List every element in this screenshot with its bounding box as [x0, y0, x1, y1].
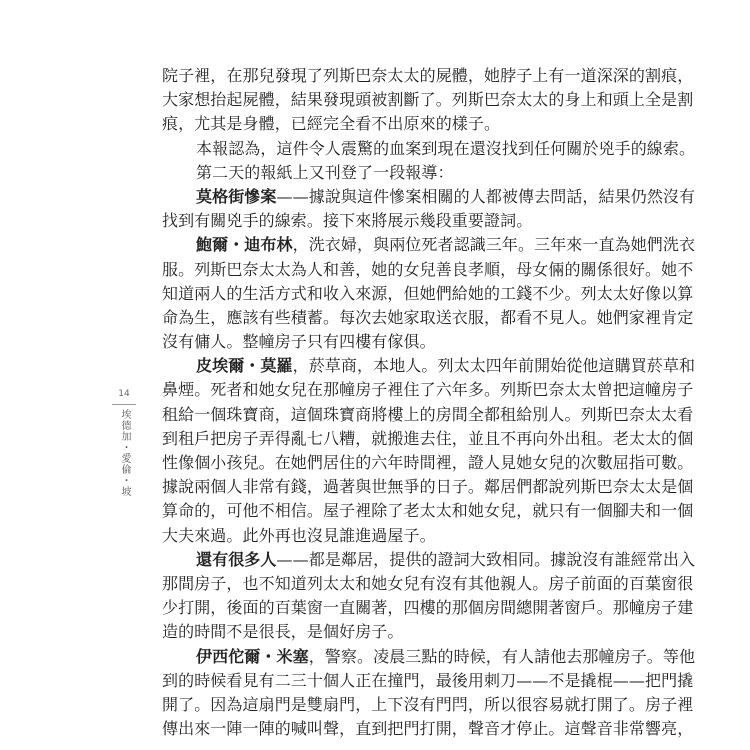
line-text: 大夫來過。此外再也沒見誰進過屋子。 [162, 526, 436, 545]
text-line: 大家想抬起屍體，結果發現頭被割斷了。列斯巴奈太太的身上和頭上全是割 [162, 88, 572, 112]
line-text: 租給一個珠寶商，這個珠寶商將樓上的房間全都租給別人。列斯巴奈太太看 [162, 405, 693, 424]
text-line: 性像個小孩兒。在她們居住的六年時間裡，證人見她女兒的次數屈指可數。 [162, 451, 572, 475]
line-text: 第二天的報紙上又刊登了一段報導： [196, 163, 454, 182]
text-line: 本報認為，這件令人震驚的血案到現在還沒找到任何關於兇手的線索。 [162, 137, 572, 161]
text-line: 鼻煙。死者和她女兒在那幢房子裡住了六年多。列斯巴奈太太曾把這幢房子 [162, 378, 572, 402]
line-text: 鼻煙。死者和她女兒在那幢房子裡住了六年多。列斯巴奈太太曾把這幢房子 [162, 380, 693, 399]
text-line: 到租戶把房子弄得亂七八糟，就搬進去住，並且不再向外出租。老太太的個 [162, 427, 572, 451]
line-text: 本報認為，這件令人震驚的血案到現在還沒找到任何關於兇手的線索。 [196, 139, 695, 158]
text-line: 到的時候看見有二三十個人正在撞門，最後用刺刀——不是撬棍——把門撬 [162, 669, 572, 693]
speaker-name: 鮑爾・迪布林 [196, 235, 293, 254]
line-text: 找到有關兇手的線索。接下來將展示幾段重要證詞。 [162, 211, 532, 230]
text-line: 少打開，後面的百葉窗一直關著，四樓的那個房間總開著窗戶。那幢房子建 [162, 596, 572, 620]
line-text: 造的時間不是很長，是個好房子。 [162, 622, 404, 641]
text-line: 知道兩人的生活方式和收入來源，但她們給她的工錢不少。列太太好像以算 [162, 282, 572, 306]
text-line: 沒有傭人。整幢房子只有四樓有傢俱。 [162, 330, 572, 354]
line-text: ——都是鄰居，提供的證詞大致相同。據說沒有誰經常出入 [277, 550, 696, 569]
line-text: ——據說與這件慘案相關的人都被傳去問話，結果仍然沒有 [277, 187, 696, 206]
line-text: 痕，尤其是身體，已經完全看不出原來的樣子。 [162, 114, 500, 133]
text-line: 那間房子，也不知道列太太和她女兒有沒有其他親人。房子前面的百葉窗很 [162, 572, 572, 596]
page-number: 14 [112, 388, 136, 400]
paragraph: 伊西佗爾・米塞，警察。凌晨三點的時候，有人請他去那幢房子。等他到的時候看見有二三… [162, 645, 572, 742]
line-text: ，洗衣婦，與兩位死者認識三年。三年來一直為她們洗衣 [293, 235, 696, 254]
line-text: 大家想抬起屍體，結果發現頭被割斷了。列斯巴奈太太的身上和頭上全是割 [162, 90, 693, 109]
paragraph: 第二天的報紙上又刊登了一段報導： [162, 161, 572, 185]
line-text: 性像個小孩兒。在她們居住的六年時間裡，證人見她女兒的次數屈指可數。 [162, 453, 693, 472]
line-text: 開了。因為這扇門是雙扇門，上下沒有門閂，所以很容易就打開了。房子裡 [162, 695, 693, 714]
paragraph: 院子裡，在那兒發現了列斯巴奈太太的屍體，她脖子上有一道深深的割痕，大家想抬起屍體… [162, 64, 572, 137]
text-line: 痕，尤其是身體，已經完全看不出原來的樣子。 [162, 112, 572, 136]
line-text: 到的時候看見有二三十個人正在撞門，最後用刺刀——不是撬棍——把門撬 [162, 671, 693, 690]
text-line: 第二天的報紙上又刊登了一段報導： [162, 161, 572, 185]
line-text: 沒有傭人。整幢房子只有四樓有傢俱。 [162, 332, 436, 351]
text-line: 傳出來一陣一陣的喊叫聲，直到把門打開，聲音才停止。這聲音非常響亮， [162, 717, 572, 741]
line-text: 少打開，後面的百葉窗一直關著，四樓的那個房間總開著窗戶。那幢房子建 [162, 598, 693, 617]
line-text: 傳出來一陣一陣的喊叫聲，直到把門打開，聲音才停止。這聲音非常響亮， [162, 719, 693, 738]
speaker-name: 皮埃爾・莫羅 [196, 356, 293, 375]
line-text: 院子裡，在那兒發現了列斯巴奈太太的屍體，她脖子上有一道深深的割痕， [162, 66, 693, 85]
margin-divider [112, 404, 136, 405]
text-line: 租給一個珠寶商，這個珠寶商將樓上的房間全都租給別人。列斯巴奈太太看 [162, 403, 572, 427]
text-line: 造的時間不是很長，是個好房子。 [162, 620, 572, 644]
paragraph: 皮埃爾・莫羅，菸草商，本地人。列太太四年前開始從他這購買菸草和鼻煙。死者和她女兒… [162, 354, 572, 548]
line-text: 那間房子，也不知道列太太和她女兒有沒有其他親人。房子前面的百葉窗很 [162, 574, 693, 593]
text-line: 開了。因為這扇門是雙扇門，上下沒有門閂，所以很容易就打開了。房子裡 [162, 693, 572, 717]
text-line: 據說兩個人非常有錢，過著與世無爭的日子。鄰居們都說列斯巴奈太太是個 [162, 475, 572, 499]
line-text: 到租戶把房子弄得亂七八糟，就搬進去住，並且不再向外出租。老太太的個 [162, 429, 693, 448]
text-line: 鮑爾・迪布林，洗衣婦，與兩位死者認識三年。三年來一直為她們洗衣 [162, 233, 572, 257]
line-text: 命為生，應該有些積蓄。每次去她家取送衣服，都看不見人。她們家裡肯定 [162, 308, 693, 327]
line-text: 服。列斯巴奈太太為人和善，她的女兒善良孝順，母女倆的關係很好。她不 [162, 260, 693, 279]
paragraph: 本報認為，這件令人震驚的血案到現在還沒找到任何關於兇手的線索。 [162, 137, 572, 161]
text-line: 大夫來過。此外再也沒見誰進過屋子。 [162, 524, 572, 548]
page-margin: 14 埃德加・愛倫・坡 [112, 388, 136, 497]
text-line: 伊西佗爾・米塞，警察。凌晨三點的時候，有人請他去那幢房子。等他 [162, 645, 572, 669]
text-line: 莫格街慘案——據說與這件慘案相關的人都被傳去問話，結果仍然沒有 [162, 185, 572, 209]
text-line: 院子裡，在那兒發現了列斯巴奈太太的屍體，她脖子上有一道深深的割痕， [162, 64, 572, 88]
page-body: 院子裡，在那兒發現了列斯巴奈太太的屍體，她脖子上有一道深深的割痕，大家想抬起屍體… [162, 64, 572, 741]
line-text: 據說兩個人非常有錢，過著與世無爭的日子。鄰居們都說列斯巴奈太太是個 [162, 477, 693, 496]
text-line: 找到有關兇手的線索。接下來將展示幾段重要證詞。 [162, 209, 572, 233]
running-title: 埃德加・愛倫・坡 [118, 409, 130, 497]
speaker-name: 莫格街慘案 [196, 187, 277, 206]
line-text: 知道兩人的生活方式和收入來源，但她們給她的工錢不少。列太太好像以算 [162, 284, 693, 303]
line-text: 算命的，可他不相信。屋子裡除了老太太和她女兒，就只有一個腳夫和一個 [162, 501, 693, 520]
text-line: 還有很多人——都是鄰居，提供的證詞大致相同。據說沒有誰經常出入 [162, 548, 572, 572]
line-text: ，菸草商，本地人。列太太四年前開始從他這購買菸草和 [293, 356, 696, 375]
speaker-name: 還有很多人 [196, 550, 277, 569]
text-line: 服。列斯巴奈太太為人和善，她的女兒善良孝順，母女倆的關係很好。她不 [162, 258, 572, 282]
line-text: ，警察。凌晨三點的時候，有人請他去那幢房子。等他 [309, 647, 695, 666]
text-line: 命為生，應該有些積蓄。每次去她家取送衣服，都看不見人。她們家裡肯定 [162, 306, 572, 330]
text-line: 皮埃爾・莫羅，菸草商，本地人。列太太四年前開始從他這購買菸草和 [162, 354, 572, 378]
speaker-name: 伊西佗爾・米塞 [196, 647, 309, 666]
paragraph: 還有很多人——都是鄰居，提供的證詞大致相同。據說沒有誰經常出入那間房子，也不知道… [162, 548, 572, 645]
text-line: 算命的，可他不相信。屋子裡除了老太太和她女兒，就只有一個腳夫和一個 [162, 499, 572, 523]
paragraph: 莫格街慘案——據說與這件慘案相關的人都被傳去問話，結果仍然沒有找到有關兇手的線索… [162, 185, 572, 233]
paragraph: 鮑爾・迪布林，洗衣婦，與兩位死者認識三年。三年來一直為她們洗衣服。列斯巴奈太太為… [162, 233, 572, 354]
